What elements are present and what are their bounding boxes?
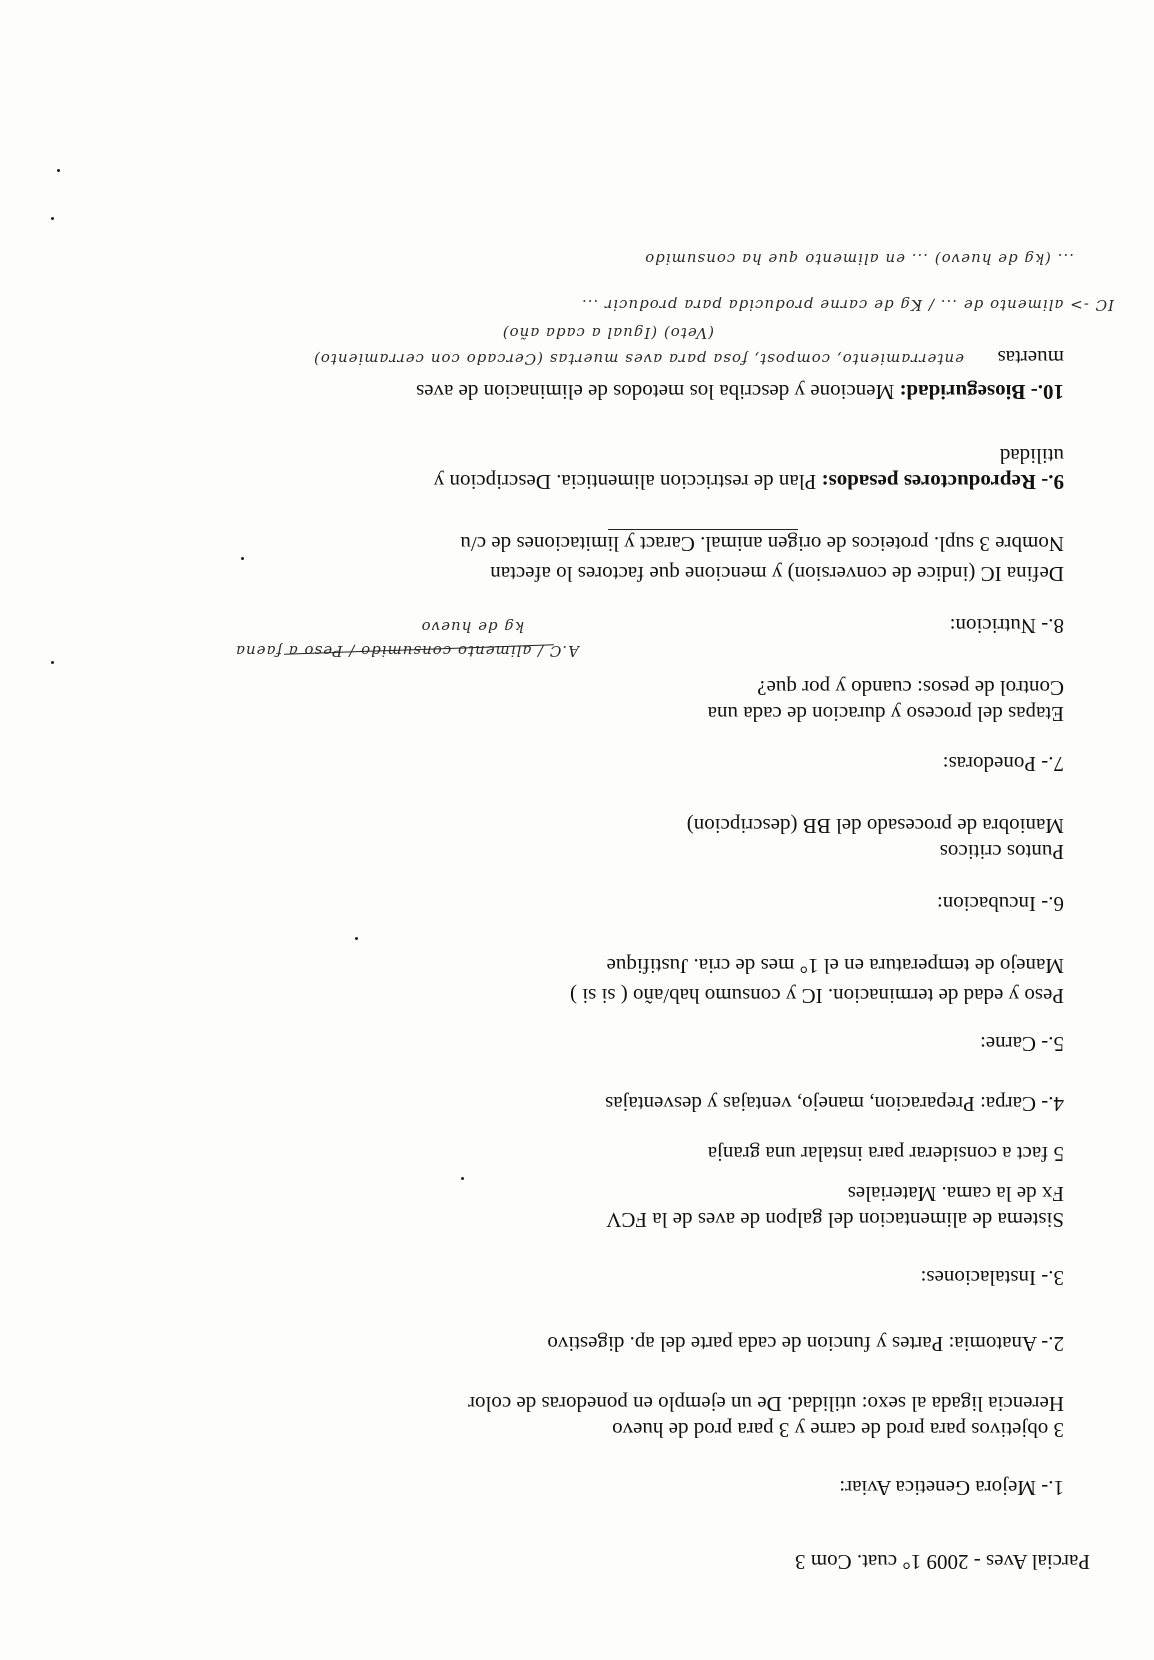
section-6-item-2: Maniobra de procesado del BB (descripcio… (687, 814, 1064, 838)
scan-speck (57, 169, 60, 172)
section-2-heading: 2.- Anatomia: Partes y funcion de cada p… (547, 1332, 1064, 1356)
section-3-item-3: 5 fact a considerar para instalar una gr… (708, 1142, 1064, 1166)
section-9-item-1: utilidad (1000, 444, 1064, 468)
section-1-heading: 1.- Mejora Genetica Aviar: (839, 1476, 1064, 1500)
underline-mark (608, 529, 798, 530)
section-10-title: 10.- Bioseguridad: (899, 380, 1064, 404)
handwritten-note-2: kg de huevo (421, 618, 524, 636)
section-5-item-2: Manejo de temperatura en el 1° mes de cr… (607, 954, 1064, 978)
scan-speck (241, 557, 244, 560)
handwritten-note-4: (Veto) (Igual a cada año) (502, 324, 714, 342)
section-6-heading: 6.- Incubacion: (937, 892, 1064, 916)
section-9-title: 9.- Reproductores pesados: (822, 470, 1064, 494)
section-7-heading: 7.- Ponedoras: (943, 752, 1064, 776)
handwritten-note-6: ... (kg de huevo) ... en alimento que ha… (644, 250, 1074, 268)
section-7-item-2: Control de pesos: cuando y por que? (757, 676, 1064, 700)
section-8-heading: 8.- Nutricion: (950, 614, 1064, 638)
section-5-item-1: Peso y edad de terminacion. IC y consumo… (570, 984, 1064, 1008)
section-10-heading: 10.- Bioseguridad: Mencione y describa l… (416, 380, 1064, 404)
scan-speck (51, 661, 54, 664)
section-6-item-1: Puntos criticos (940, 840, 1064, 864)
scan-speck (461, 1177, 464, 1180)
section-8-item-2: Nombre 3 supl. proteicos de origen anima… (460, 532, 1064, 556)
section-4-heading: 4.- Carpa: Preparacion, manejo, ventajas… (605, 1092, 1064, 1116)
section-10-text: Mencione y describa los metodos de elimi… (416, 380, 899, 404)
scan-speck (355, 937, 358, 940)
scan-speck (51, 217, 54, 220)
section-8-item-1: Defina IC (indice de conversion) y menci… (490, 562, 1064, 586)
section-10-item-1: muertas (998, 346, 1064, 370)
exam-title: Parcial Aves - 2009 1° cuat. Com 3 (795, 1550, 1090, 1574)
section-3-item-2: Fx de la cama. Materiales (848, 1182, 1064, 1206)
section-7-item-1: Etapas del proceso y duracion de cada un… (708, 702, 1064, 726)
section-3-item-1: Sistema de alimentacion del galpon de av… (606, 1208, 1064, 1232)
handwritten-note-3: enterramiento, compost, fosa para aves m… (313, 350, 964, 368)
section-1-item-1: 3 objetivos para prod de carne y 3 para … (612, 1418, 1064, 1442)
section-5-heading: 5.- Carne: (980, 1032, 1064, 1056)
handwritten-note-5: IC -> alimento de ... / Kg de carne prod… (581, 296, 1114, 314)
section-9-text: Plan de restriccion alimenticia. Descrip… (434, 470, 822, 494)
section-3-heading: 3.- Instalaciones: (921, 1266, 1064, 1290)
section-1-item-2: Herencia ligada al sexo: utilidad. De un… (468, 1392, 1064, 1416)
handwritten-note-1: A.C / alimento consumido / Peso a faena (235, 642, 579, 660)
section-9-heading: 9.- Reproductores pesados: Plan de restr… (434, 470, 1064, 494)
exam-page: Parcial Aves - 2009 1° cuat. Com 3 1.- M… (0, 0, 1154, 1660)
